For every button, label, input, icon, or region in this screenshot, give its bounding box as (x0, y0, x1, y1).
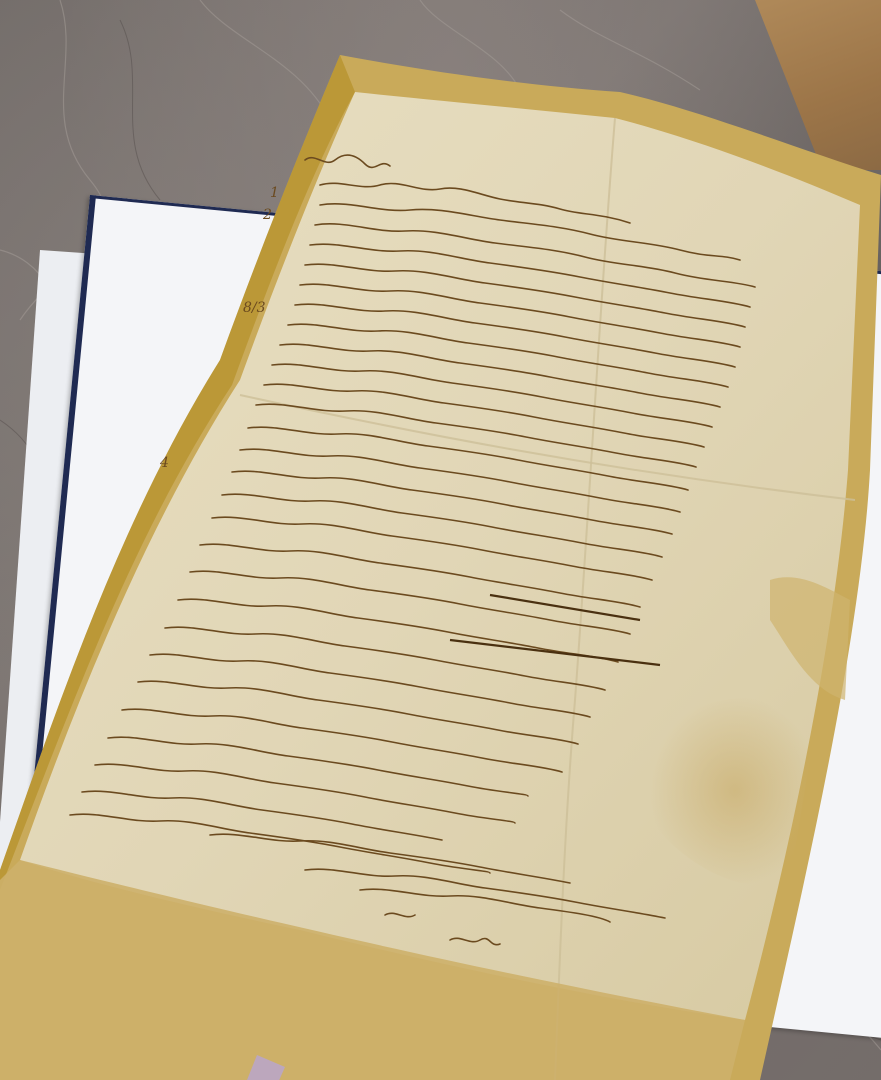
margin-note-2: 2 (263, 207, 272, 223)
margin-note-8-3: 8/3 (243, 300, 266, 316)
photo-scene: 1 2 8/3 4 (0, 0, 881, 1080)
parchment-manuscript (0, 0, 881, 1080)
margin-note-4: 4 (160, 455, 169, 471)
margin-note-1: 1 (270, 185, 279, 201)
